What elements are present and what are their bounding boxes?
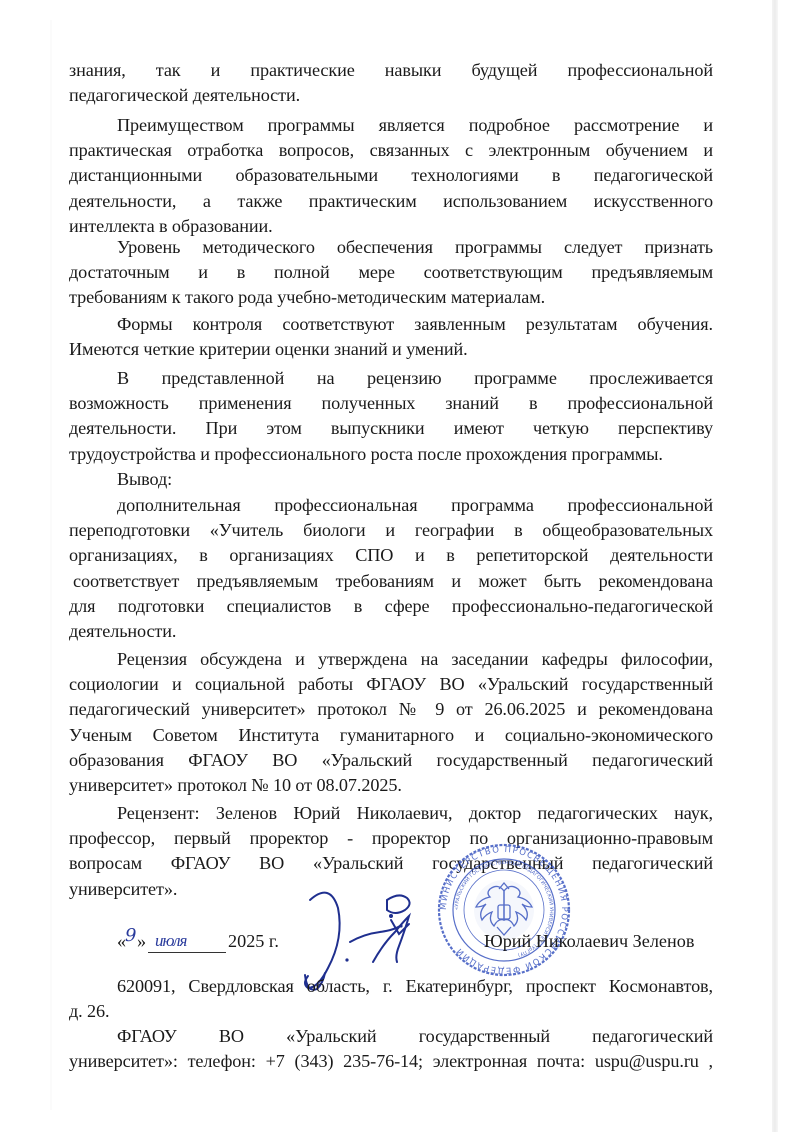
text-line: Имеются четкие критерии оценки знаний и … bbox=[69, 337, 713, 362]
text-line: практическая отработка вопросов, связанн… bbox=[69, 138, 713, 163]
date-month-underline bbox=[148, 952, 226, 953]
text-line: вопросам ФГАОУ ВО «Уральский государстве… bbox=[69, 851, 713, 876]
date-close-quote: » bbox=[137, 931, 146, 952]
text-line: Вывод: bbox=[69, 467, 713, 492]
text-line: д. 26. bbox=[69, 999, 713, 1024]
signature-row: « 9 » июля 2025 г. Юрий Николаевич Зелен… bbox=[117, 931, 717, 963]
text-line: В представленной на рецензию программе п… bbox=[69, 366, 713, 391]
address-block: 620091, Свердловская область, г. Екатери… bbox=[69, 974, 713, 1024]
page-edge-left bbox=[50, 20, 52, 1110]
text-line: деятельности. bbox=[69, 619, 713, 644]
paragraph-3: Уровень методического обеспечения програ… bbox=[69, 235, 713, 311]
paragraph-approval: Рецензия обсуждена и утверждена на засед… bbox=[69, 647, 713, 798]
date-day-handwritten: 9 bbox=[125, 925, 136, 946]
text-line: профессор, первый проректор - проректор … bbox=[69, 826, 713, 851]
text-line: возможность применения полученных знаний… bbox=[69, 391, 713, 416]
text-line: Преимуществом программы является подробн… bbox=[69, 113, 713, 138]
text-line: педагогический университет» протокол № 9… bbox=[69, 697, 713, 722]
paragraph-4: Формы контроля соответствуют заявленным … bbox=[69, 312, 713, 362]
text-line: соответствует предъявляемым требованиям … bbox=[69, 569, 713, 594]
text-line: педагогической деятельности. bbox=[69, 83, 713, 108]
page-edge-right bbox=[772, 0, 778, 1132]
text-line: образования ФГАОУ ВО «Уральский государс… bbox=[69, 748, 713, 773]
text-line: Формы контроля соответствуют заявленным … bbox=[69, 312, 713, 337]
text-line: дистанционными образовательными технолог… bbox=[69, 163, 713, 188]
paragraph-1: знания, так и практические навыки будуще… bbox=[69, 58, 713, 108]
signer-name: Юрий Николаевич Зеленов bbox=[484, 931, 694, 952]
text-line: Уровень методического обеспечения програ… bbox=[69, 235, 713, 260]
text-line: дополнительная профессиональная программ… bbox=[69, 493, 713, 518]
text-line: переподготовки «Учитель биологи и геогра… bbox=[69, 518, 713, 543]
text-line: знания, так и практические навыки будуще… bbox=[69, 58, 713, 83]
text-line: Ученым Советом Института гуманитарного и… bbox=[69, 723, 713, 748]
text-line: для подготовки специалистов в сфере проф… bbox=[69, 594, 713, 619]
paragraph-5: В представленной на рецензию программе п… bbox=[69, 366, 713, 467]
conclusion-heading: Вывод: bbox=[69, 467, 713, 492]
text-line: ФГАОУ ВО «Уральский государственный педа… bbox=[69, 1024, 713, 1049]
text-line: требованиям к такого рода учебно-методич… bbox=[69, 285, 713, 310]
date-year: 2025 г. bbox=[228, 931, 279, 952]
text-line: 620091, Свердловская область, г. Екатери… bbox=[69, 974, 713, 999]
text-line: университет» протокол № 10 от 08.07.2025… bbox=[69, 773, 713, 798]
text-line: трудоустройства и профессионального рост… bbox=[69, 442, 713, 467]
text-line: организациях, в организациях СПО и в реп… bbox=[69, 543, 713, 568]
contacts-block: ФГАОУ ВО «Уральский государственный педа… bbox=[69, 1024, 713, 1074]
date-month-handwritten: июля bbox=[155, 931, 186, 951]
text-line: университет»: телефон: +7 (343) 235-76-1… bbox=[69, 1049, 713, 1074]
text-line: деятельности. При этом выпускники имеют … bbox=[69, 416, 713, 441]
text-line: деятельности, а также практическим испол… bbox=[69, 189, 713, 214]
text-line: социологии и социальной работы ФГАОУ ВО … bbox=[69, 672, 713, 697]
text-line: Рецензия обсуждена и утверждена на засед… bbox=[69, 647, 713, 672]
text-line: Рецензент: Зеленов Юрий Николаевич, докт… bbox=[69, 801, 713, 826]
paragraph-2: Преимуществом программы является подробн… bbox=[69, 113, 713, 239]
text-line: достаточным и в полной мере соответствую… bbox=[69, 260, 713, 285]
paragraph-conclusion: дополнительная профессиональная программ… bbox=[69, 493, 713, 644]
